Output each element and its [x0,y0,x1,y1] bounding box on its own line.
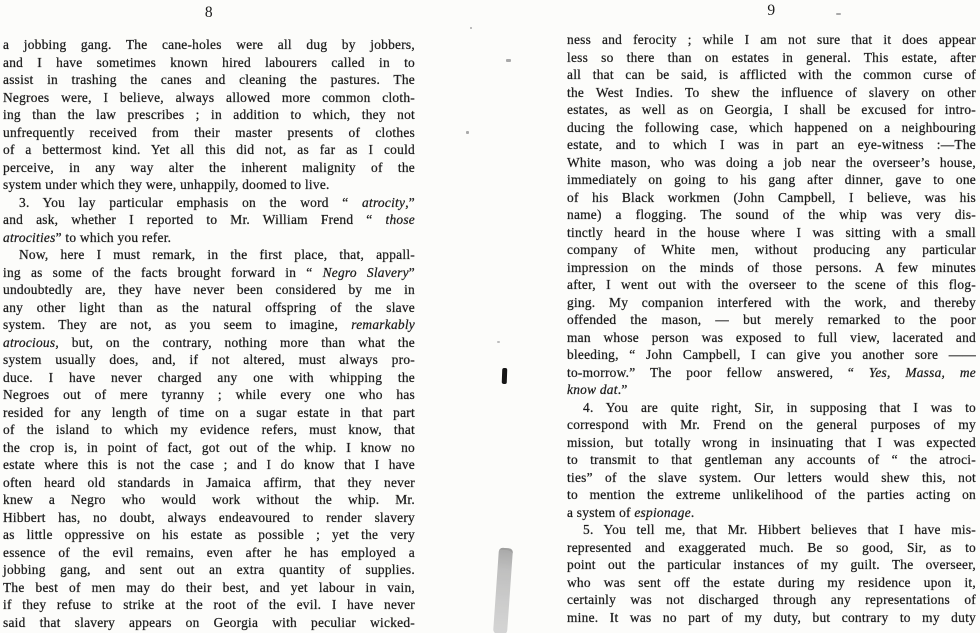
text-line: the West Indies. To shew the influence o… [567,84,976,102]
page-number-right: 9 [567,2,976,20]
text-line: bleeding, “ John Campbell, I can give yo… [567,346,976,364]
text-line: who was sent off the estate during my re… [567,574,976,592]
text-line: certainly was not discharged through any… [567,591,976,609]
text-line: if they refuse to strike at the root of … [3,596,415,614]
text-line: system usually does, and, if not altered… [3,351,415,369]
page-left-text: a jobbing gang. The cane-holes were all … [3,36,415,631]
page-right-text: ness and ferocity ; while I am not sure … [567,31,976,626]
text-line: estate where this is not the case ; and … [3,456,415,474]
text-line: duce. I have never charged any one with … [3,369,415,387]
text-line: ness and ferocity ; while I am not sure … [567,31,976,49]
text-line: mine. It was no part of my duty, but con… [567,609,976,627]
page-left: 8 a jobbing gang. The cane-holes were al… [3,0,415,633]
text-line: Negroes were, I believe, always allowed … [3,89,415,107]
ink-blot-artifact [502,368,508,384]
scan-smudge-artifact [493,548,513,633]
text-line: a system of espionage. [567,504,976,522]
text-line: jobbing gang, and sent out an extra quan… [3,561,415,579]
text-line: ging. My companion interfered with the w… [567,294,976,312]
text-line: all that can be said, is afflicted with … [567,66,976,84]
text-line: resided for any length of time on a suga… [3,404,415,422]
text-line: estates, as well as on Georgia, I shall … [567,101,976,119]
text-line: Negroes out of mere tyranny ; while ever… [3,386,415,404]
text-line: name) a flogging. The sound of the whip … [567,206,976,224]
text-line: 4. You are quite right, Sir, in supposin… [567,399,976,417]
text-line: 5. You tell me, that Mr. Hibbert believe… [567,521,976,539]
text-line: impression on the minds of those persons… [567,259,976,277]
text-line: point out the particular instances of my… [567,556,976,574]
text-line: offended the mason, — but merely remarke… [567,311,976,329]
scan-speck [497,341,500,343]
text-line: undoubtedly are, they have never been co… [3,281,415,299]
text-line: said that slavery appears on Georgia wit… [3,614,415,632]
text-line: ducing the following case, which happene… [567,119,976,137]
text-line: correspond with Mr. Frend on the general… [567,416,976,434]
page-right: 9 ness and ferocity ; while I am not sur… [567,0,976,633]
text-line: tinctly heard in the house where I was s… [567,224,976,242]
text-line: ing than the law prescribes ; in additio… [3,106,415,124]
text-line: atrocious, but, on the contrary, nothing… [3,334,415,352]
book-scan: { "colors": { "paper": "#fcfcfa", "ink":… [0,0,980,633]
page-number-left: 8 [3,4,415,22]
text-line: system under which they were, unhappily,… [3,176,415,194]
text-line: 3. You lay particular emphasis on the wo… [3,194,415,212]
text-line: and ask, whether I reported to Mr. Willi… [3,211,415,229]
text-line: represented and exaggerated much. Be so … [567,539,976,557]
text-line: of a bettermost kind. Yet all this did n… [3,141,415,159]
scan-speck [836,13,841,15]
text-line: and I have sometimes known hired laboure… [3,54,415,72]
text-line: immediately on going to his gang after d… [567,171,976,189]
text-line: to transmit to that gentleman any accoun… [567,451,976,469]
text-line: company of White men, without producing … [567,241,976,259]
text-line: the crop is, in point of fact, got out o… [3,439,415,457]
text-line: Now, here I must remark, in the first pl… [3,246,415,264]
text-line: after, I went out with the overseer to t… [567,276,976,294]
text-line: know dat.” [567,381,976,399]
text-line: any other light than as the natural offs… [3,299,415,317]
text-line: ing as some of the facts brought forward… [3,264,415,282]
text-line: system. They are not, as you seem to ima… [3,316,415,334]
text-line: assist in trashing the canes and cleanin… [3,71,415,89]
text-line: atrocities” to which you refer. [3,229,415,247]
text-line: knew a Negro who would work without the … [3,491,415,509]
scan-speck [466,131,469,134]
text-line: ties” of the slave system. Our letters w… [567,469,976,487]
text-line: a jobbing gang. The cane-holes were all … [3,36,415,54]
text-line: to mention the extreme unlikelihood of t… [567,486,976,504]
text-line: to-morrow.” The poor fellow answered, “ … [567,364,976,382]
text-line: The best of men may do their best, and y… [3,579,415,597]
text-line: essence of the evil remains, even after … [3,544,415,562]
text-line: Hibbert has, no doubt, always endeavoure… [3,509,415,527]
text-line: man whose person was exposed to full vie… [567,329,976,347]
text-line: mission, but totally wrong in insinuatin… [567,434,976,452]
text-line: perceive, in any way alter the inherent … [3,159,415,177]
scan-speck [470,27,472,29]
scan-speck [506,59,511,62]
text-line: less so there than on estates in general… [567,49,976,67]
text-line: of his Black workmen (John Campbell, I b… [567,189,976,207]
text-line: unfrequently received from their master … [3,124,415,142]
text-line: estate, and to which I was in part an ey… [567,136,976,154]
text-line: as little oppressive on his estate as po… [3,526,415,544]
text-line: White mason, who was doing a job near th… [567,154,976,172]
text-line: of the island to which my evidence refer… [3,421,415,439]
text-line: often heard old standards in Jamaica aff… [3,474,415,492]
